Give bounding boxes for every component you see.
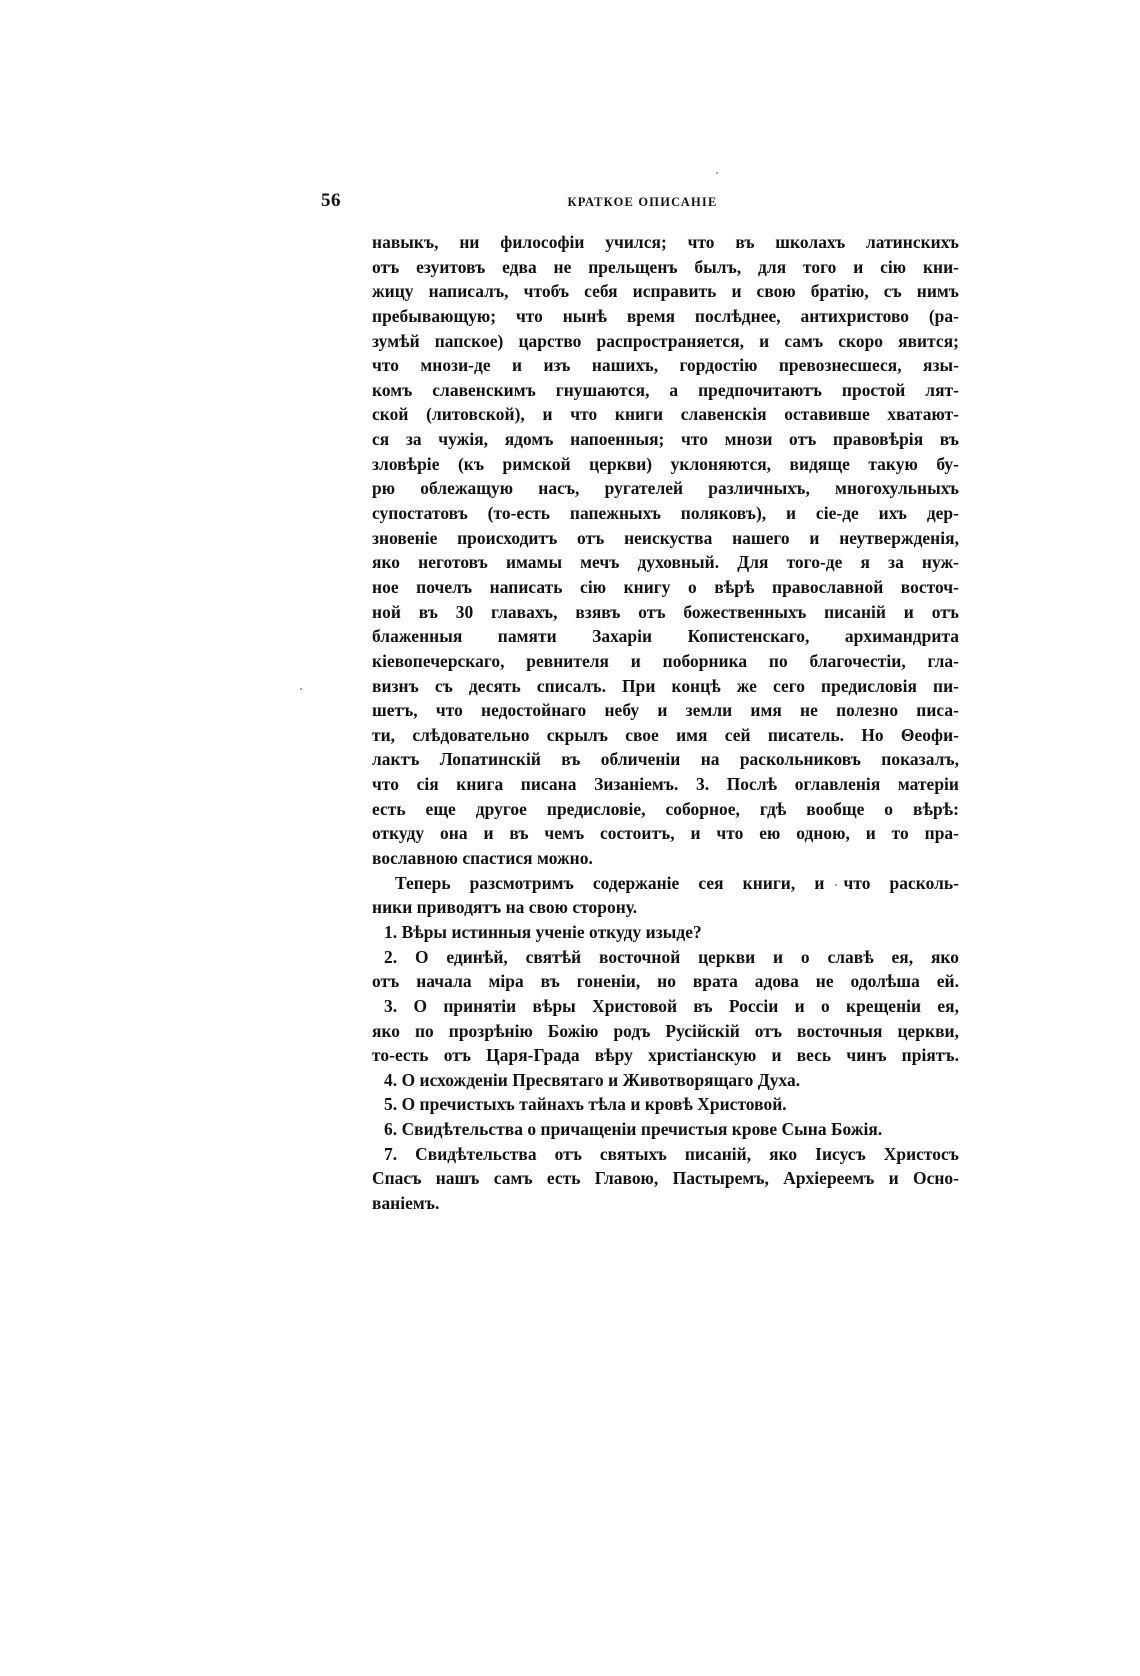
running-head: КРАТКОЕ ОПИСАНІЕ [520,195,765,210]
list-text: О исхожденіи Пресвятаго и Животворящаго … [402,1070,801,1090]
text-line: что мнози-де и изъ нашихъ, гордостію пре… [372,353,959,378]
list-number: 3. [384,996,397,1016]
list-text: О пречистыхъ тайнахъ тѣла и кровѣ Христо… [402,1094,787,1114]
text-line: визнъ съ десять списалъ. При концѣ же се… [372,674,959,699]
text-line: лактъ Лопатинскій въ обличеніи на раскол… [372,747,959,772]
text-line: яко неготовъ имамы мечъ духовный. Для то… [372,550,959,575]
list-text: Вѣры истинныя ученіе откуду изыде? [402,922,702,942]
list-item-4: 4. О исхожденіи Пресвятаго и Животворяща… [372,1068,959,1093]
text-line: супостатовъ (то-есть папежныхъ поляковъ)… [372,501,959,526]
text-line: ники приводятъ на свою сторону. [372,895,959,920]
list-item-5: 5. О пречистыхъ тайнахъ тѣла и кровѣ Хри… [372,1092,959,1117]
text-line: ное почелъ написать сію книгу о вѣрѣ пра… [372,575,959,600]
list-text: Свидѣтельства о причащеніи пречистыя кро… [402,1119,883,1139]
text-line: комъ славенскимъ гнушаются, а предпочита… [372,378,959,403]
list-item-3: 3. О принятіи вѣры Христовой въ Россіи и… [372,994,959,1019]
text-line: пребывающую; что нынѣ время послѣднее, а… [372,304,959,329]
text-line: ной въ 30 главахъ, взявъ отъ божественны… [372,600,959,625]
text-line: есть еще другое предисловіе, соборное, г… [372,797,959,822]
list-item-1: 1. Вѣры истинныя ученіе откуду изыде? [372,920,959,945]
page-number: 56 [321,190,341,212]
text-line: блаженныя памяти Захаріи Копистенскаго, … [372,624,959,649]
list-item-2: 2. О единѣй, святѣй восточной церкви и о… [372,945,959,970]
scan-speck [300,688,302,690]
text-line: навыкъ, ни философіи учился; что въ школ… [372,230,959,255]
text-line: зновеніе происходитъ отъ неискуства наше… [372,526,959,551]
list-number: 7. [384,1144,397,1164]
list-number: 2. [384,947,397,967]
book-page: 56 КРАТКОЕ ОПИСАНІЕ навыкъ, ни философіи… [0,0,1140,1676]
list-item-7-cont: ваніемъ. [372,1191,959,1216]
text-line: ти, слѣдовательно скрылъ свое имя сей пи… [372,723,959,748]
text-line: зумѣй папское) царство распространяется,… [372,329,959,354]
paragraph-1: навыкъ, ни философіи учился; что въ школ… [372,230,959,871]
list-item-2-cont: отъ начала міра въ гоненіи, но врата адо… [372,969,959,994]
body-text: навыкъ, ни философіи учился; что въ школ… [372,230,959,1216]
text-line: кіевопечерскаго, ревнителя и поборника п… [372,649,959,674]
text-line: ской (литовской), и что книги славенскія… [372,402,959,427]
chapter-list: 1. Вѣры истинныя ученіе откуду изыде? 2.… [372,920,959,1216]
paragraph-2: Теперь разсмотримъ содержаніе сея книги,… [372,871,959,920]
text-line: жицу написалъ, чтобъ себя исправить и св… [372,279,959,304]
list-item-6: 6. Свидѣтельства о причащеніи пречистыя … [372,1117,959,1142]
list-text: О принятіи вѣры Христовой въ Россіи и о … [413,996,959,1016]
text-line: ся за чужія, ядомъ напоенныя; что мнози … [372,427,959,452]
list-text: Свидѣтельства отъ святыхъ писаній, яко І… [415,1144,959,1164]
list-item-3-cont: то-есть отъ Царя-Града вѣру христіанскую… [372,1043,959,1068]
list-number: 6. [384,1119,397,1139]
text-line: зловѣріе (къ римской церкви) уклоняются,… [372,452,959,477]
text-line: шетъ, что недостойнаго небу и земли имя … [372,698,959,723]
list-number: 4. [384,1070,397,1090]
list-number: 1. [384,922,397,942]
scan-speck [716,172,718,174]
list-item-3-cont: яко по прозрѣнію Божію родъ Русійскій от… [372,1019,959,1044]
list-number: 5. [384,1094,397,1114]
text-line: вославною спастися можно. [372,846,959,871]
text-line: откуду она и въ чемъ состоитъ, и что ею … [372,821,959,846]
text-line: Теперь разсмотримъ содержаніе сея книги,… [372,871,959,896]
list-item-7-cont: Спасъ нашъ самъ есть Главою, Пастыремъ, … [372,1166,959,1191]
list-item-7: 7. Свидѣтельства отъ святыхъ писаній, як… [372,1142,959,1167]
text-line: отъ езуитовъ едва не прельщенъ былъ, для… [372,255,959,280]
list-text: О единѣй, святѣй восточной церкви и о сл… [415,947,959,967]
text-line: рю облежащую насъ, ругателей различныхъ,… [372,476,959,501]
text-line: что сія книга писана Зизаніемъ. 3. Послѣ… [372,772,959,797]
